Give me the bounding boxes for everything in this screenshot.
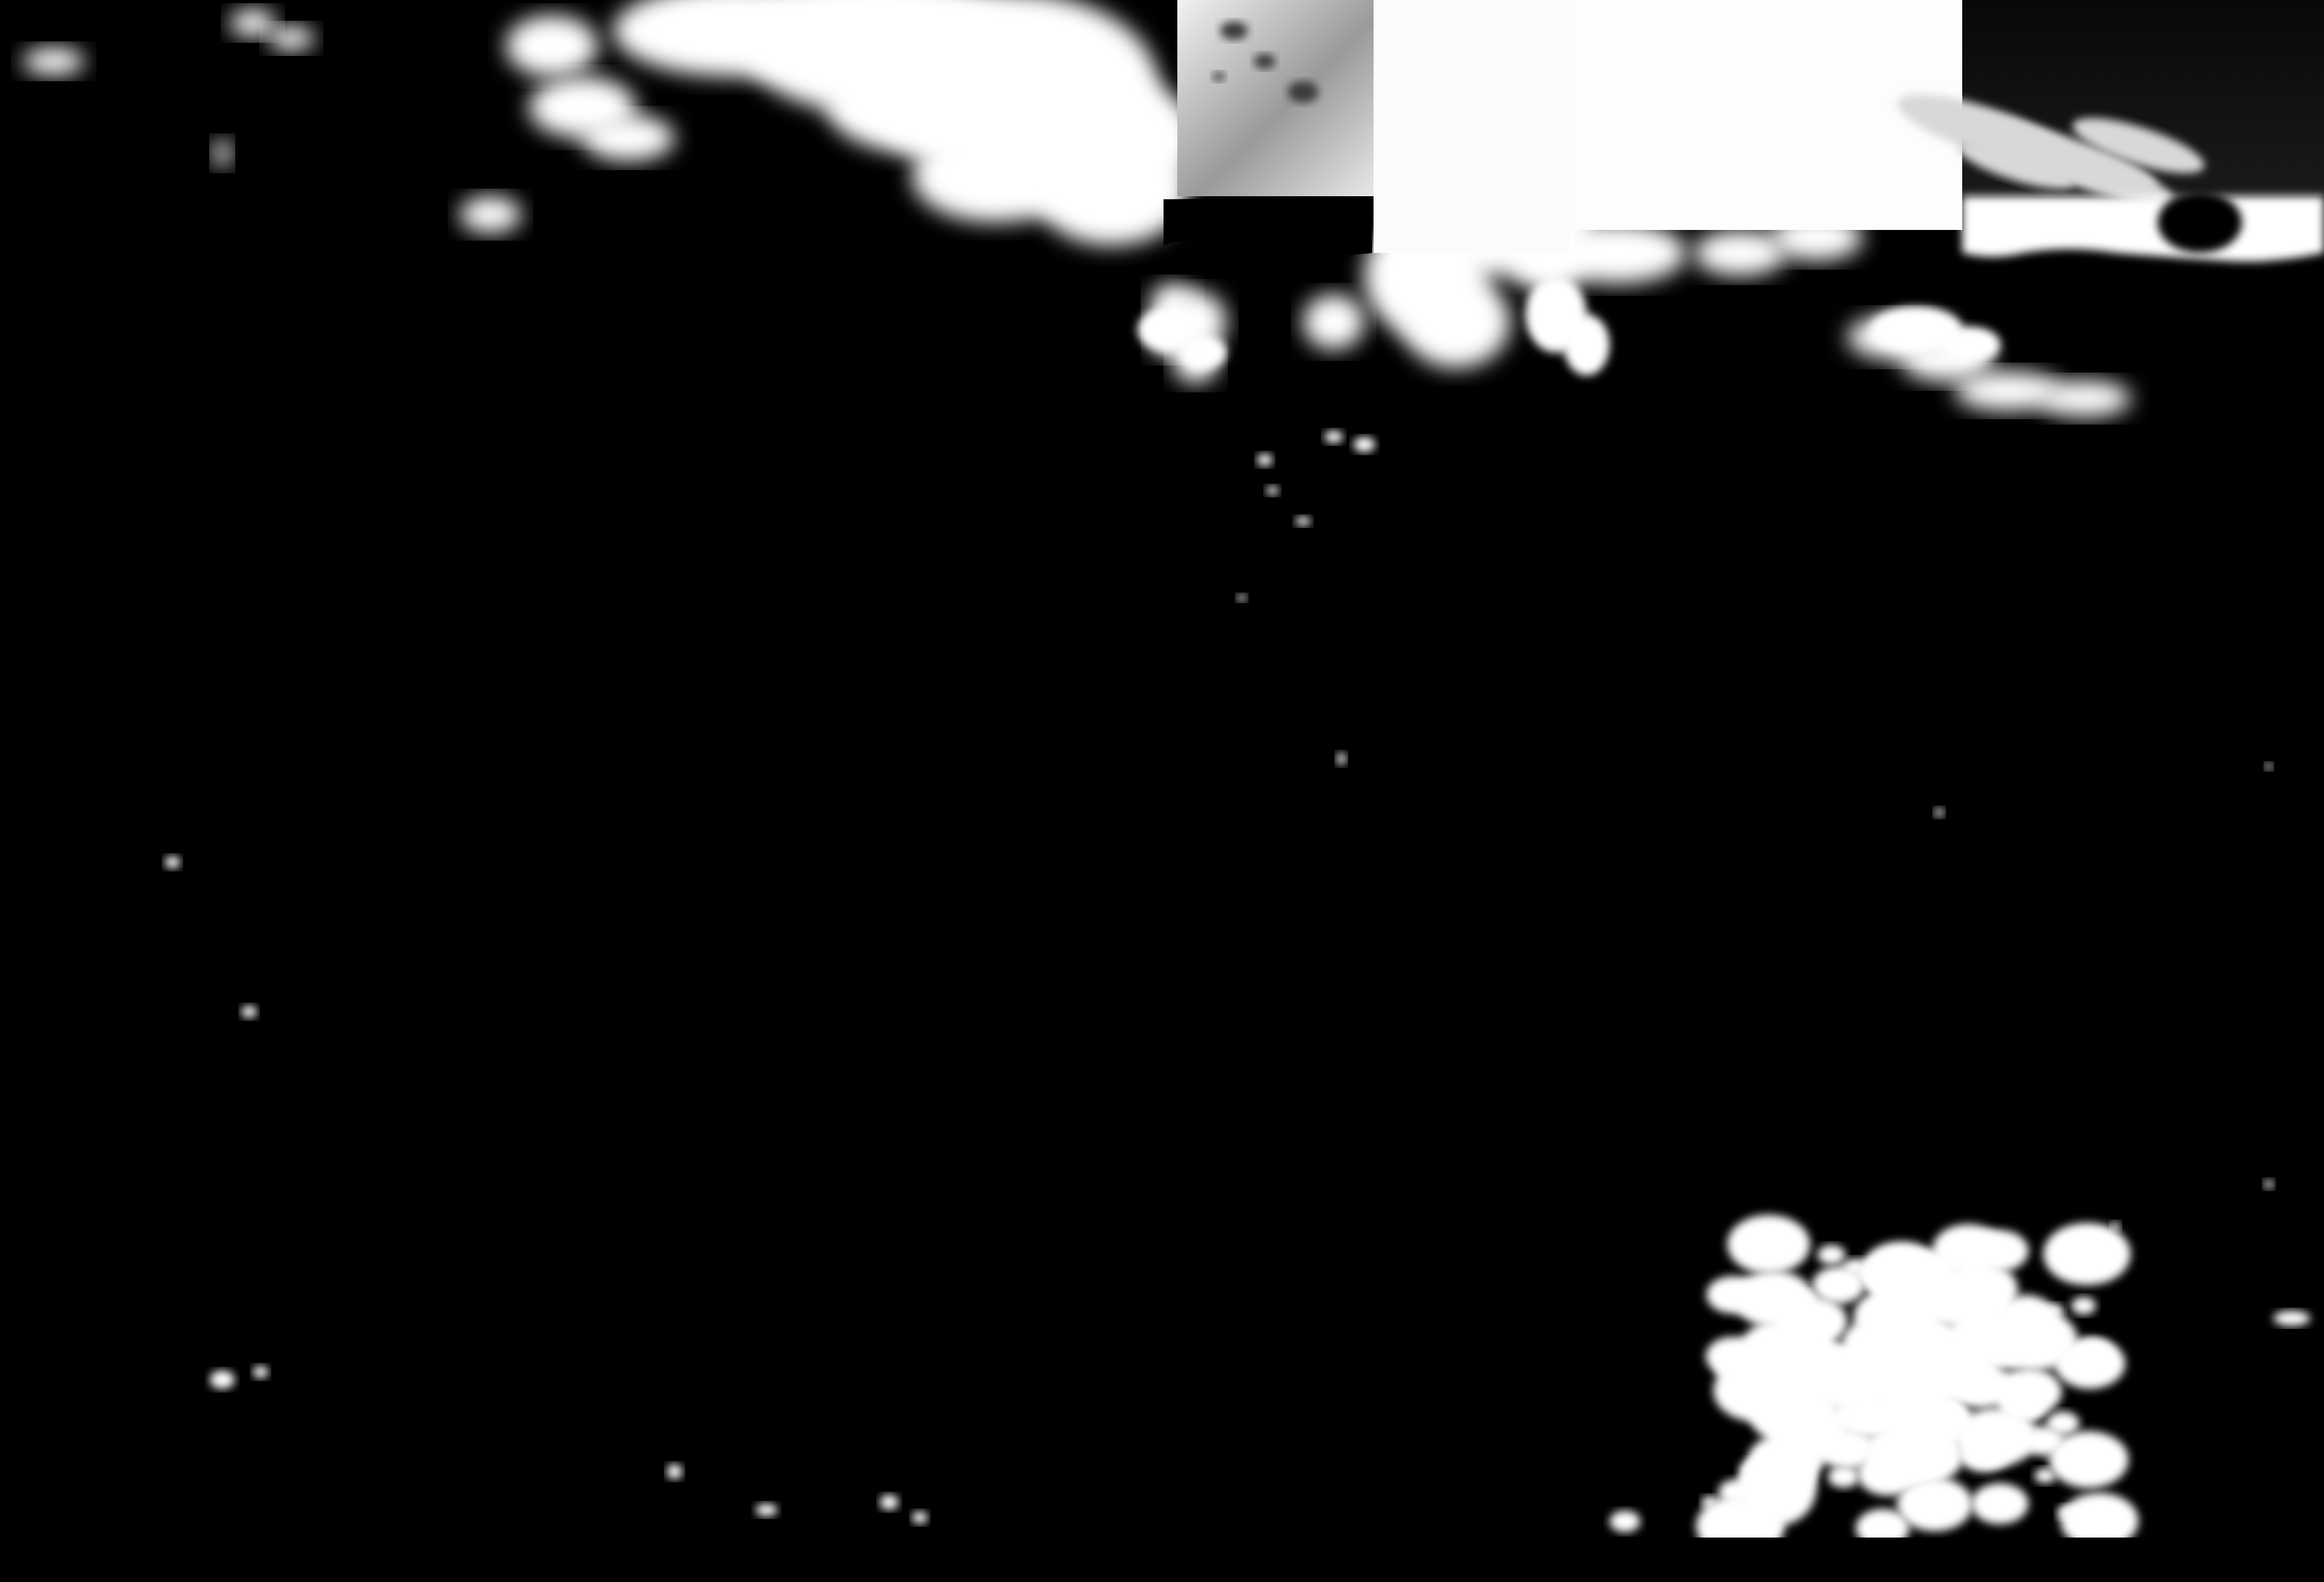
- cumulus: [2071, 1297, 2096, 1315]
- cloud: [1354, 437, 1375, 452]
- cloud: [2039, 380, 2131, 417]
- cloud-speck: [912, 1511, 927, 1524]
- cumulus: [1824, 1341, 1916, 1387]
- cloud-speck: [1610, 1511, 1640, 1532]
- cloud-speck: [2111, 1222, 2120, 1231]
- cloud: [268, 26, 314, 51]
- cumulus: [2063, 1232, 2114, 1268]
- cumulus: [2034, 1469, 2055, 1484]
- cloud: [230, 9, 276, 37]
- cloud-speck: [2265, 763, 2273, 770]
- cumulus: [1932, 1364, 1993, 1395]
- cumulus: [1740, 1449, 1817, 1525]
- cloud: [23, 48, 84, 75]
- cloud-speck: [241, 1006, 257, 1018]
- cumulus: [1995, 1368, 2063, 1416]
- cloud-speck: [1702, 1496, 1717, 1508]
- cumulus: [2049, 1431, 2129, 1488]
- cumulus: [1817, 1245, 1845, 1265]
- tile-bright: [1374, 0, 1570, 253]
- cloud-speck: [756, 1504, 777, 1516]
- cloud-speck: [1266, 486, 1279, 495]
- bottom-dark-band: [0, 1538, 2324, 1582]
- cloud-speck: [2264, 1180, 2273, 1189]
- cumulus: [1728, 1215, 1810, 1274]
- mosaic-tiles-layer: [1164, 0, 2324, 261]
- cloud-speck: [1295, 517, 1311, 526]
- satellite-cloud-image: [0, 0, 2324, 1582]
- cloud-speck: [1935, 808, 1944, 817]
- cloud-speck: [165, 856, 180, 868]
- cloud-speck: [667, 1464, 682, 1479]
- cumulus: [1843, 1259, 1867, 1276]
- cloud: [506, 15, 598, 77]
- cloud: [583, 115, 675, 161]
- cloud: [1403, 276, 1510, 368]
- cloud: [1564, 314, 1610, 376]
- cloud-speck: [880, 1495, 898, 1510]
- cumulus: [1740, 1318, 1832, 1380]
- cloud-speck: [253, 1366, 268, 1378]
- cumulus: [1847, 1398, 1909, 1438]
- cumulus: [1931, 1498, 1955, 1515]
- cloud: [1180, 336, 1226, 369]
- cumulus: [1942, 1262, 2018, 1317]
- cloud: [1257, 454, 1272, 466]
- cumulus: [1955, 1407, 2037, 1466]
- cumulus: [1734, 1270, 1814, 1327]
- cloud-speck: [1237, 594, 1246, 602]
- cloud: [828, 61, 1012, 153]
- cloud-speck: [210, 1370, 235, 1389]
- cloud-speck: [1337, 753, 1346, 765]
- cloud: [1939, 327, 2001, 363]
- cloud: [213, 139, 231, 167]
- tile-gray: [1177, 0, 1374, 196]
- cumulus: [1971, 1483, 2029, 1524]
- cloud: [460, 196, 521, 233]
- cloud: [1324, 431, 1343, 443]
- tile-bright: [1570, 0, 1962, 230]
- cloud: [1303, 294, 1364, 350]
- cumulus: [2075, 1339, 2112, 1366]
- cloud-speck: [2273, 1311, 2310, 1326]
